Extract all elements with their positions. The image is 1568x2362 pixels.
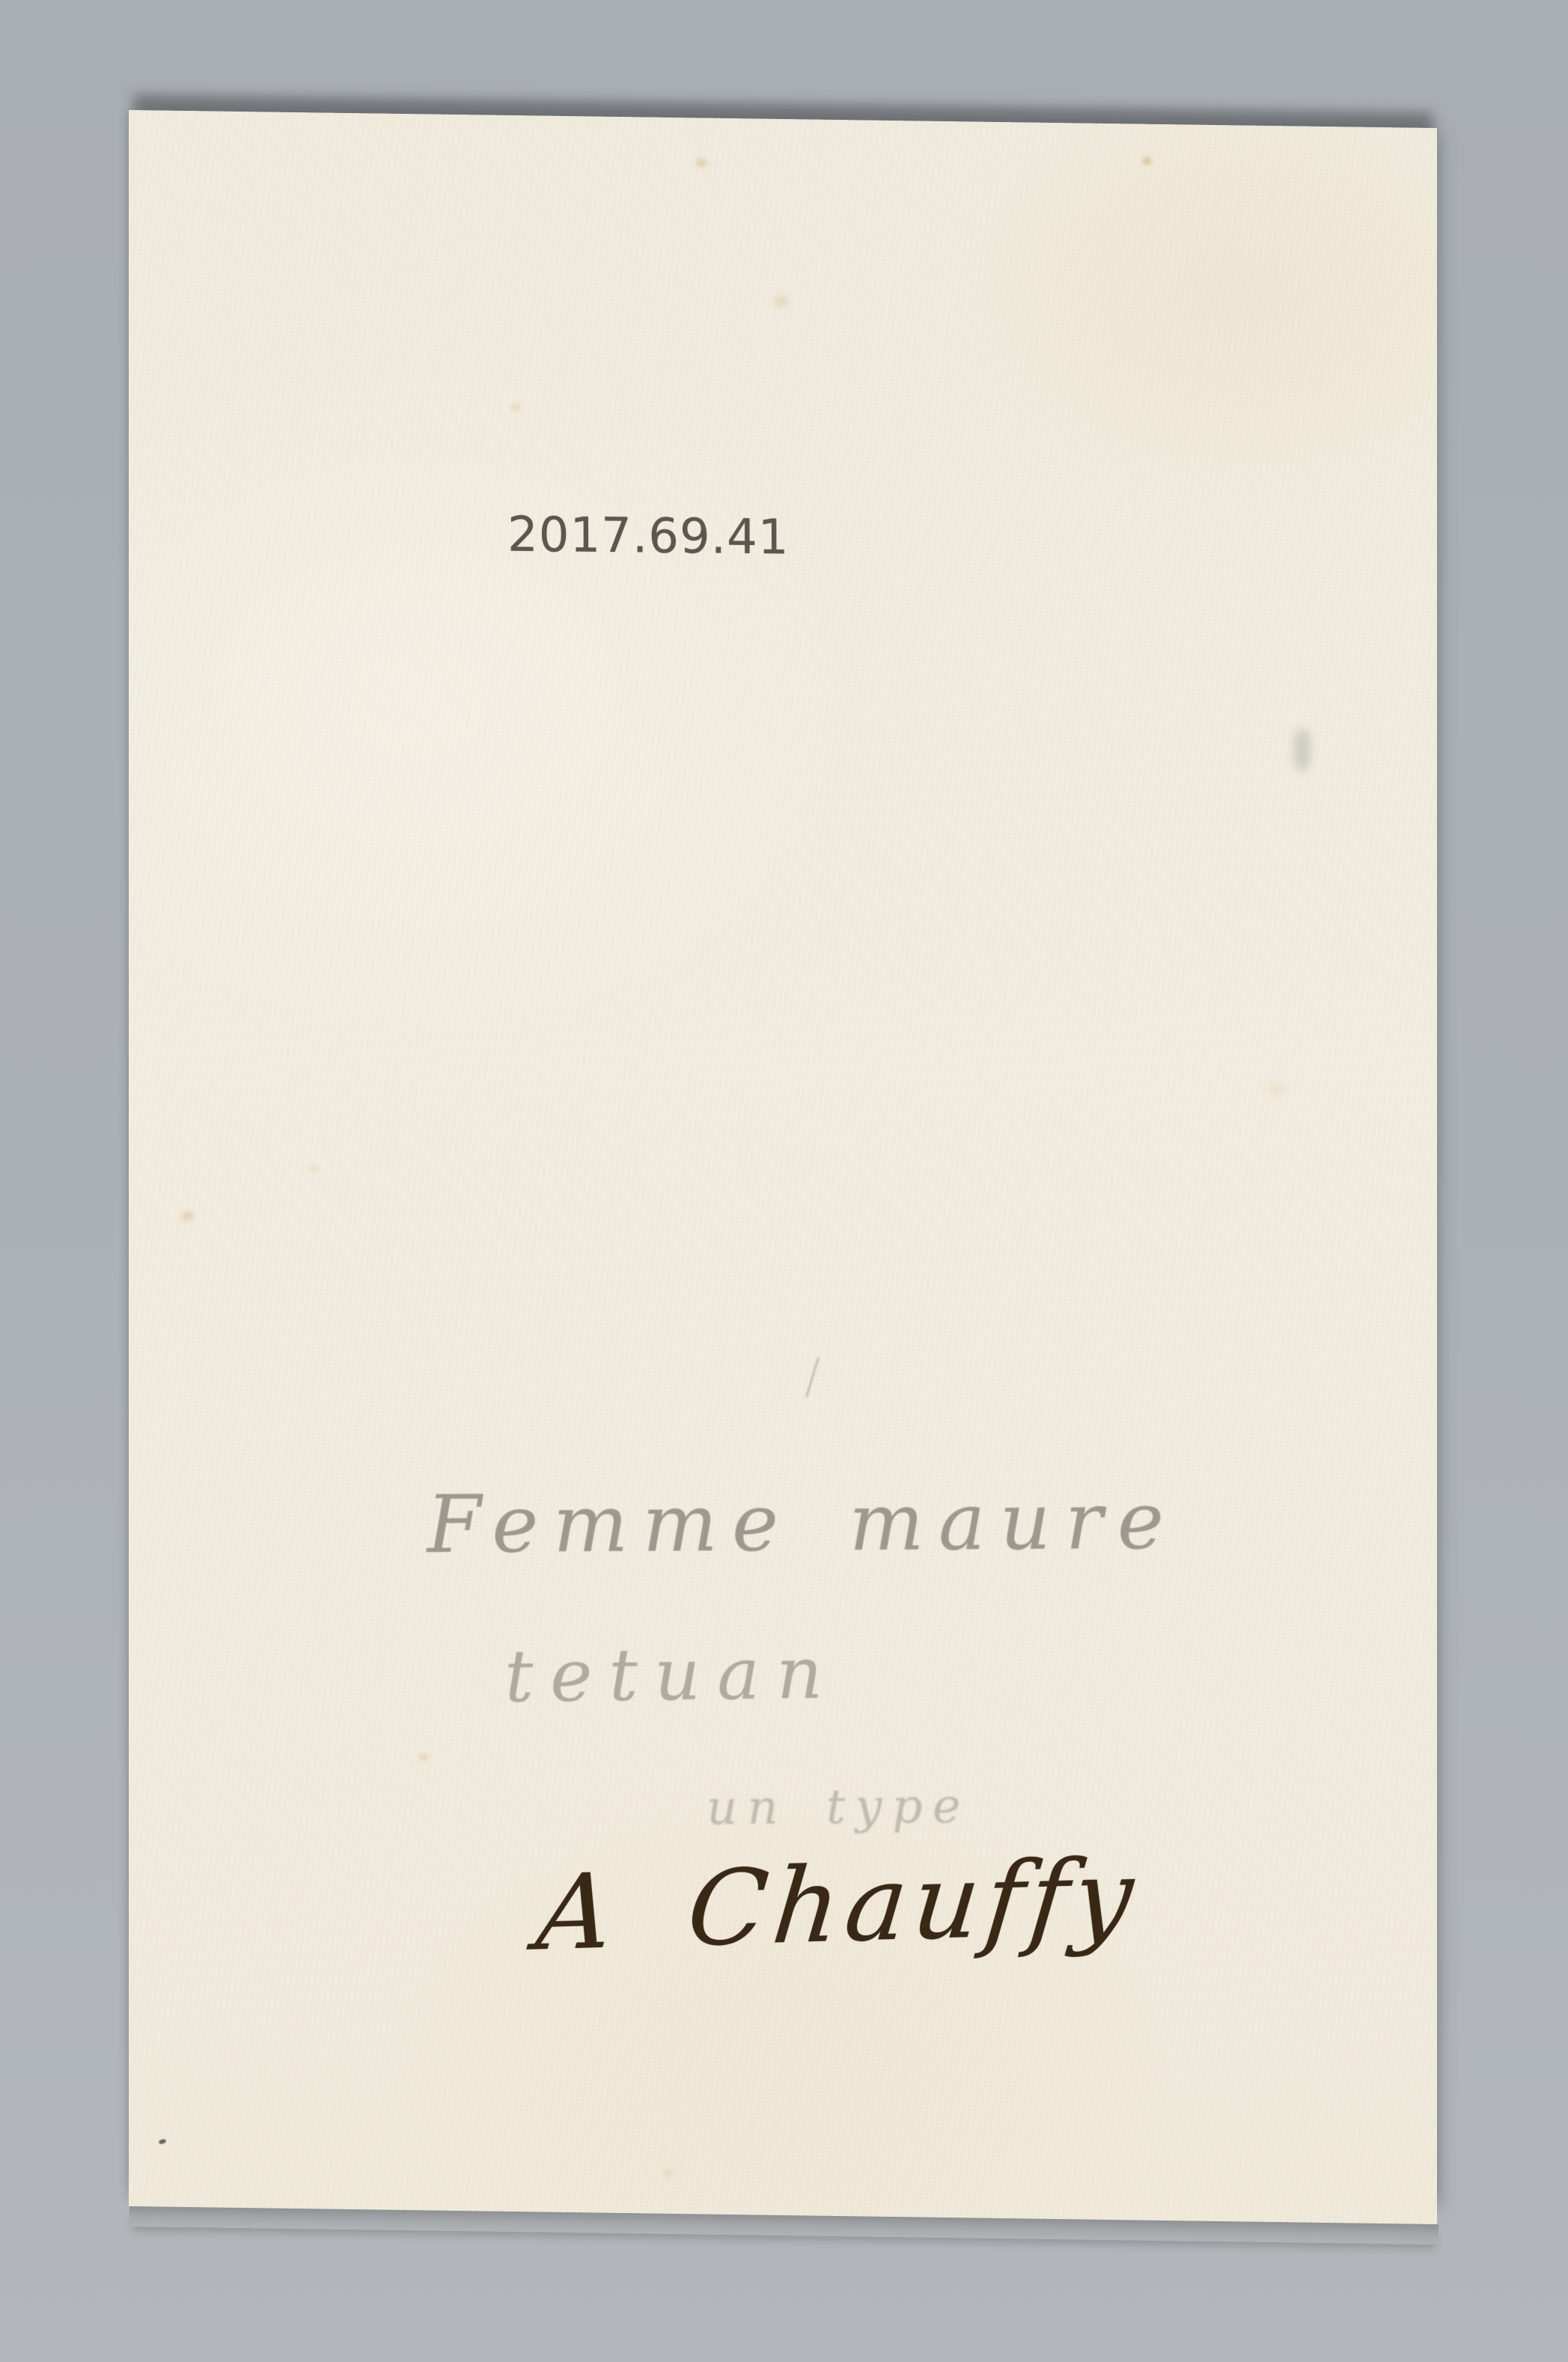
accession-number-inscription: 2017.69.41 <box>507 511 790 562</box>
artist-signature-ink: A Chauffy <box>533 1845 1144 1966</box>
foxing-spot <box>310 1165 319 1172</box>
foxing-spot <box>510 403 521 411</box>
scan-backdrop: 2017.69.41 Femme maure tetuan un type A … <box>0 0 1568 2362</box>
foxing-spot <box>663 2169 674 2177</box>
foxing-spot <box>419 1753 429 1761</box>
photo-mount-card-verso: 2017.69.41 Femme maure tetuan un type A … <box>129 110 1437 2224</box>
inscription-faint-scribble: un type <box>706 1783 971 1833</box>
foxing-spot <box>1142 157 1152 165</box>
inscription-femme-maure: Femme maure <box>426 1482 1179 1565</box>
gray-smudge-mark <box>1293 728 1311 771</box>
pencil-slash-mark <box>805 1357 820 1397</box>
foxing-spot <box>1269 1083 1286 1095</box>
foxing-spot <box>774 296 789 307</box>
foxing-spot <box>695 158 707 167</box>
foxing-spot <box>181 1211 194 1221</box>
card-thickness-edge <box>129 2206 1439 2244</box>
inscription-tetuan: tetuan <box>504 1637 840 1713</box>
dark-speck <box>158 2138 166 2145</box>
